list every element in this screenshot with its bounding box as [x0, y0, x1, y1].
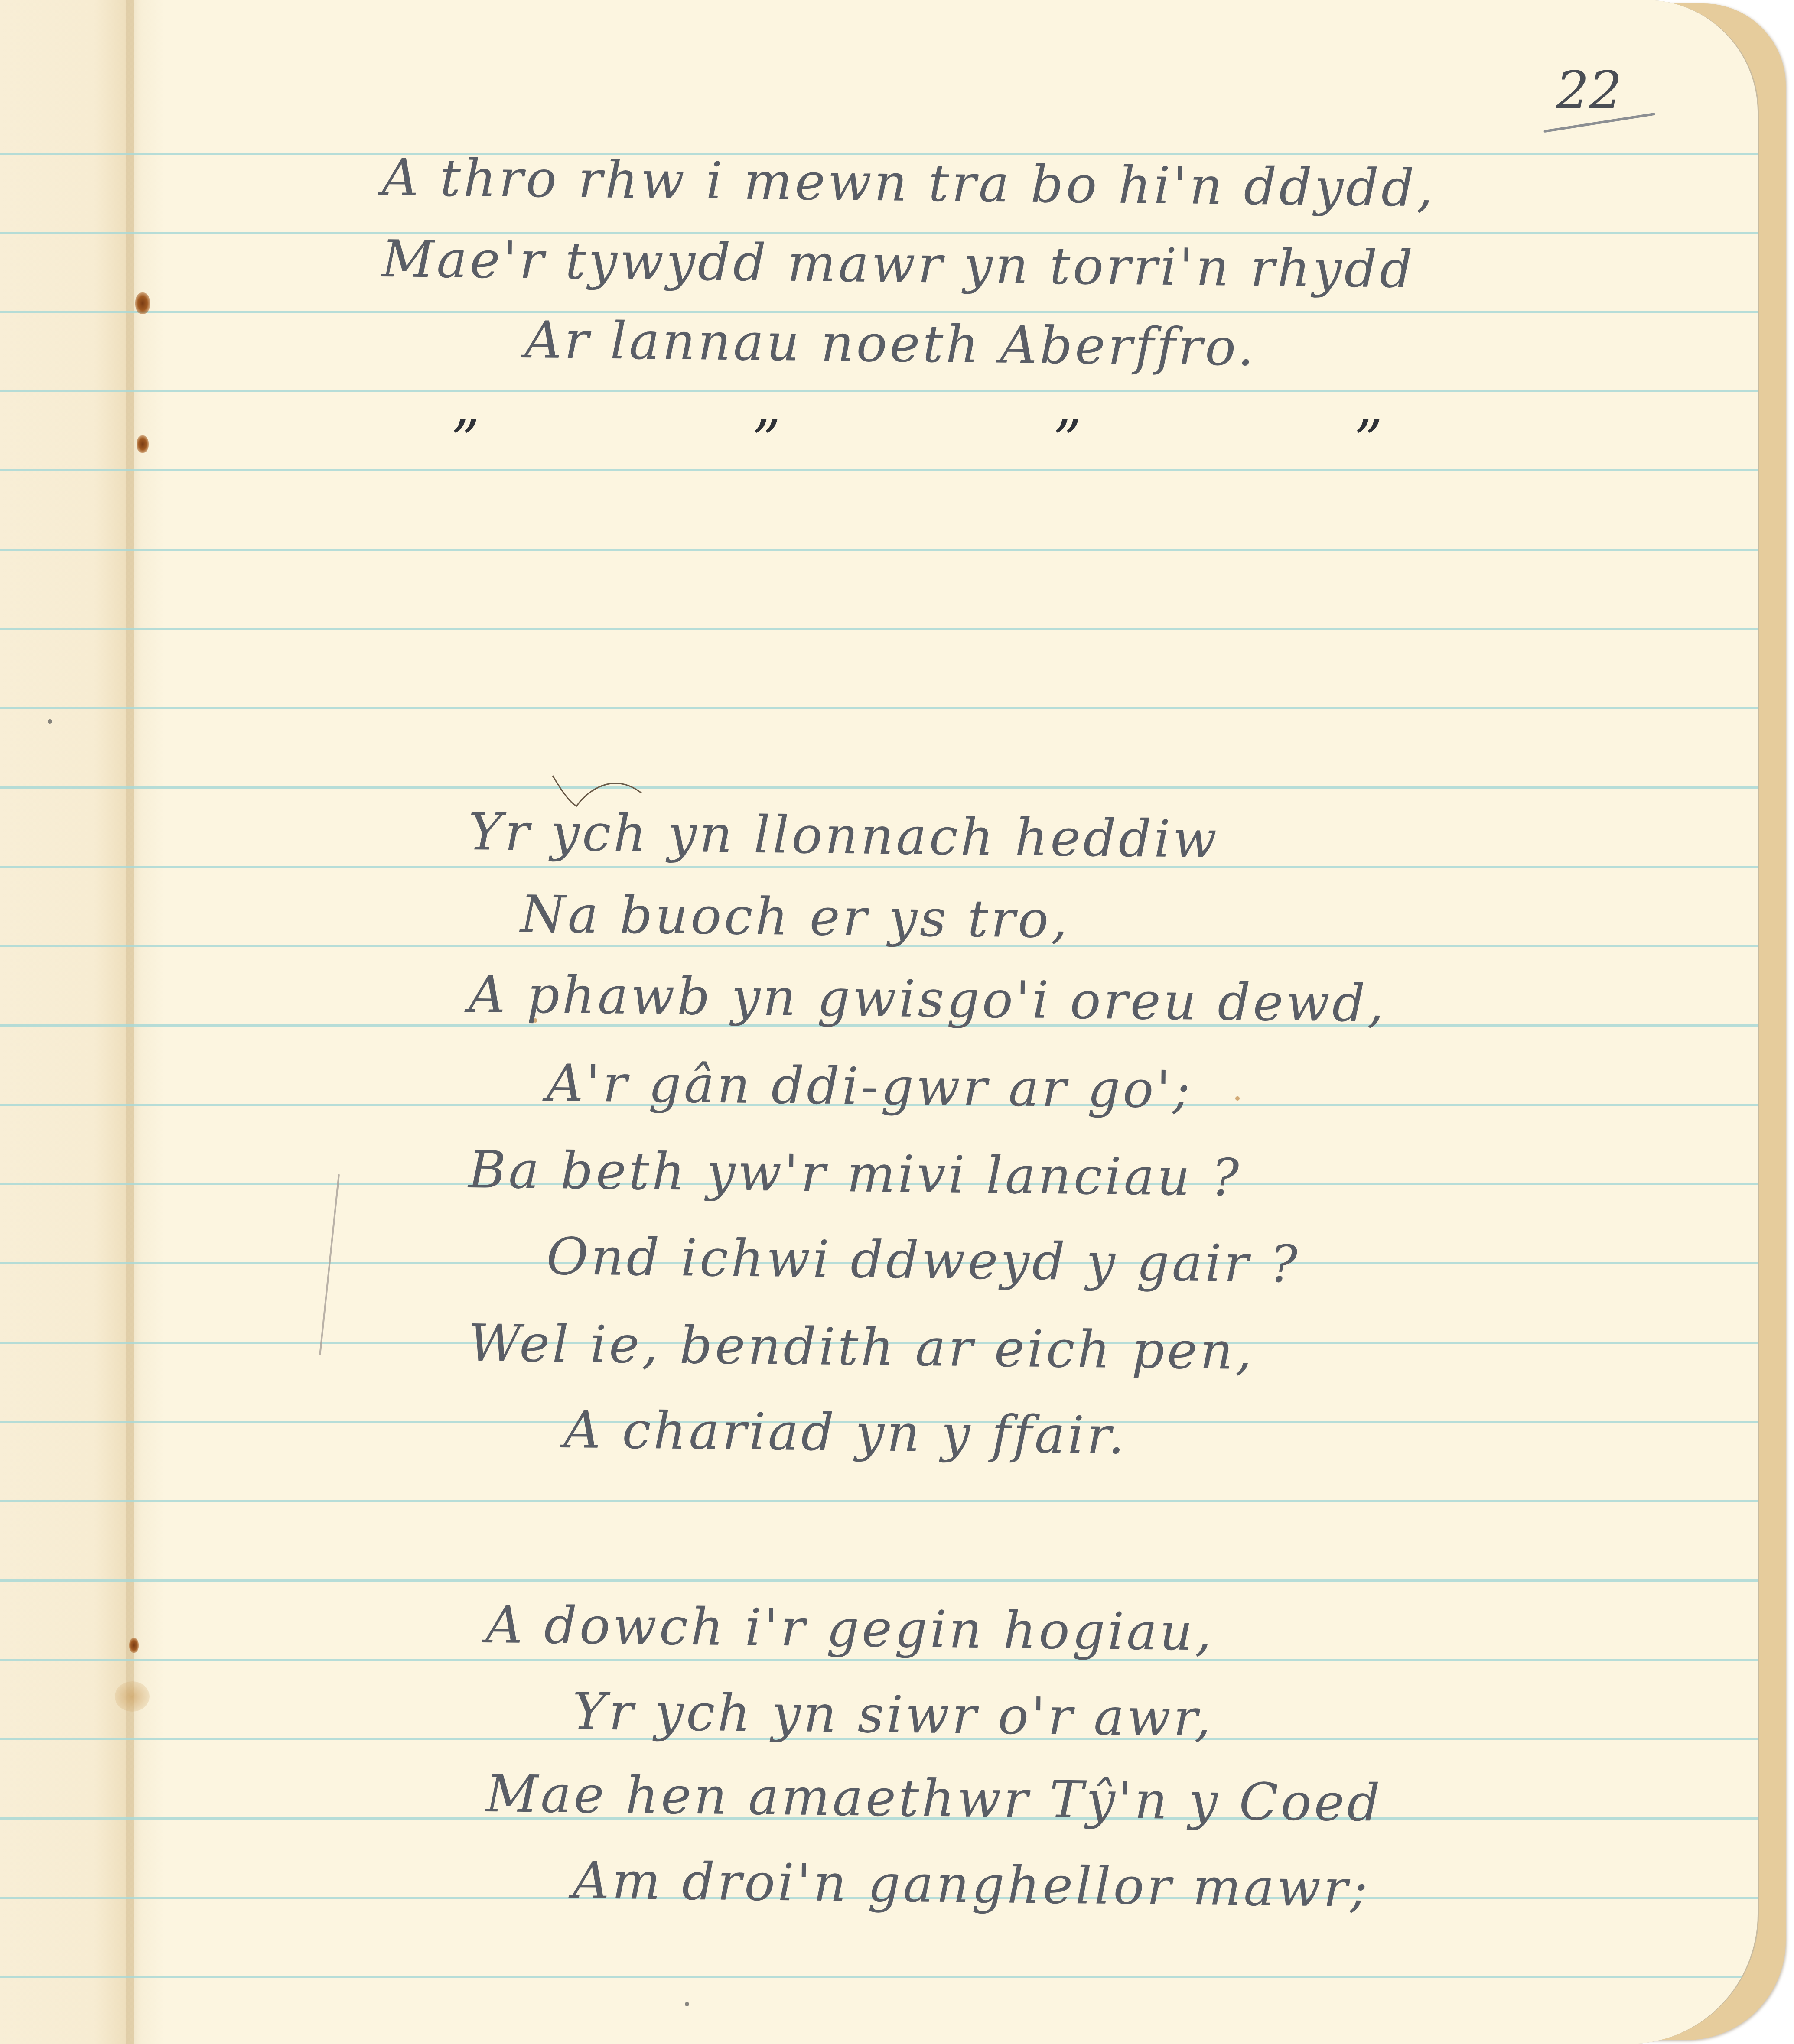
poem-line: A dowch i'r gegin hogiau, — [485, 1595, 1214, 1662]
poem-line: A chariad yn y ffair. — [563, 1400, 1127, 1466]
poem-line: Yr ych yn llonnach heddiw — [468, 802, 1220, 869]
paper-speck — [1235, 1096, 1240, 1101]
margin-pencil-mark — [319, 1174, 340, 1355]
poem-line: Am droi'n ganghellor mawr; — [572, 1850, 1371, 1918]
ditto-marks-row: ” ” ” ” — [451, 407, 1383, 473]
ruled-line — [0, 786, 1758, 789]
ditto-mark: ” — [752, 407, 781, 473]
ditto-mark: ” — [1053, 407, 1081, 473]
poem-line: A'r gân ddi-gwr ar go'; — [546, 1053, 1193, 1120]
poem-line: A thro rhw i mewn tra bo hi'n ddydd, — [381, 147, 1436, 218]
ditto-mark: ” — [1354, 407, 1383, 473]
paper-speck — [685, 2002, 689, 2006]
poem-line: Na buoch er ys tro, — [520, 884, 1071, 949]
ruled-line — [0, 628, 1758, 630]
ruled-line — [0, 311, 1758, 313]
rust-staple-hole — [129, 1638, 139, 1653]
ruled-line — [0, 1976, 1758, 1978]
poem-line: Ond ichwi ddweyd y gair ? — [546, 1226, 1300, 1294]
ruled-line — [0, 1500, 1758, 1502]
ruled-line — [0, 866, 1758, 868]
poem-line: A phawb yn gwisgo'i oreu dewd, — [468, 964, 1387, 1033]
ruled-line — [0, 549, 1758, 551]
rust-staple-hole — [135, 292, 150, 314]
paper-speck — [48, 719, 52, 724]
poem-line: Yr ych yn siwr o'r awr, — [572, 1681, 1214, 1748]
ruled-line — [0, 1659, 1758, 1661]
stain-mark — [115, 1681, 150, 1712]
poem-line: Ba beth yw'r mivi lanciau ? — [468, 1140, 1242, 1208]
ditto-mark: ” — [451, 407, 479, 473]
rust-staple-hole — [137, 435, 149, 453]
poem-line: Wel ie, bendith ar eich pen, — [468, 1313, 1255, 1381]
page-number: 22 — [1556, 61, 1622, 121]
ruled-line — [0, 390, 1758, 392]
ruled-line — [0, 1579, 1758, 1582]
ruled-line — [0, 707, 1758, 709]
notebook-page: 22 A thro rhw i mewn tra bo hi'n ddydd, … — [0, 0, 1759, 2044]
poem-line: Ar lannau noeth Aberffro. — [524, 310, 1257, 377]
poem-line: Mae'r tywydd mawr yn torri'n rhydd — [381, 229, 1415, 299]
poem-line: Mae hen amaethwr Tŷ'n y Coed — [485, 1764, 1383, 1833]
facing-page-edge — [0, 0, 134, 2044]
